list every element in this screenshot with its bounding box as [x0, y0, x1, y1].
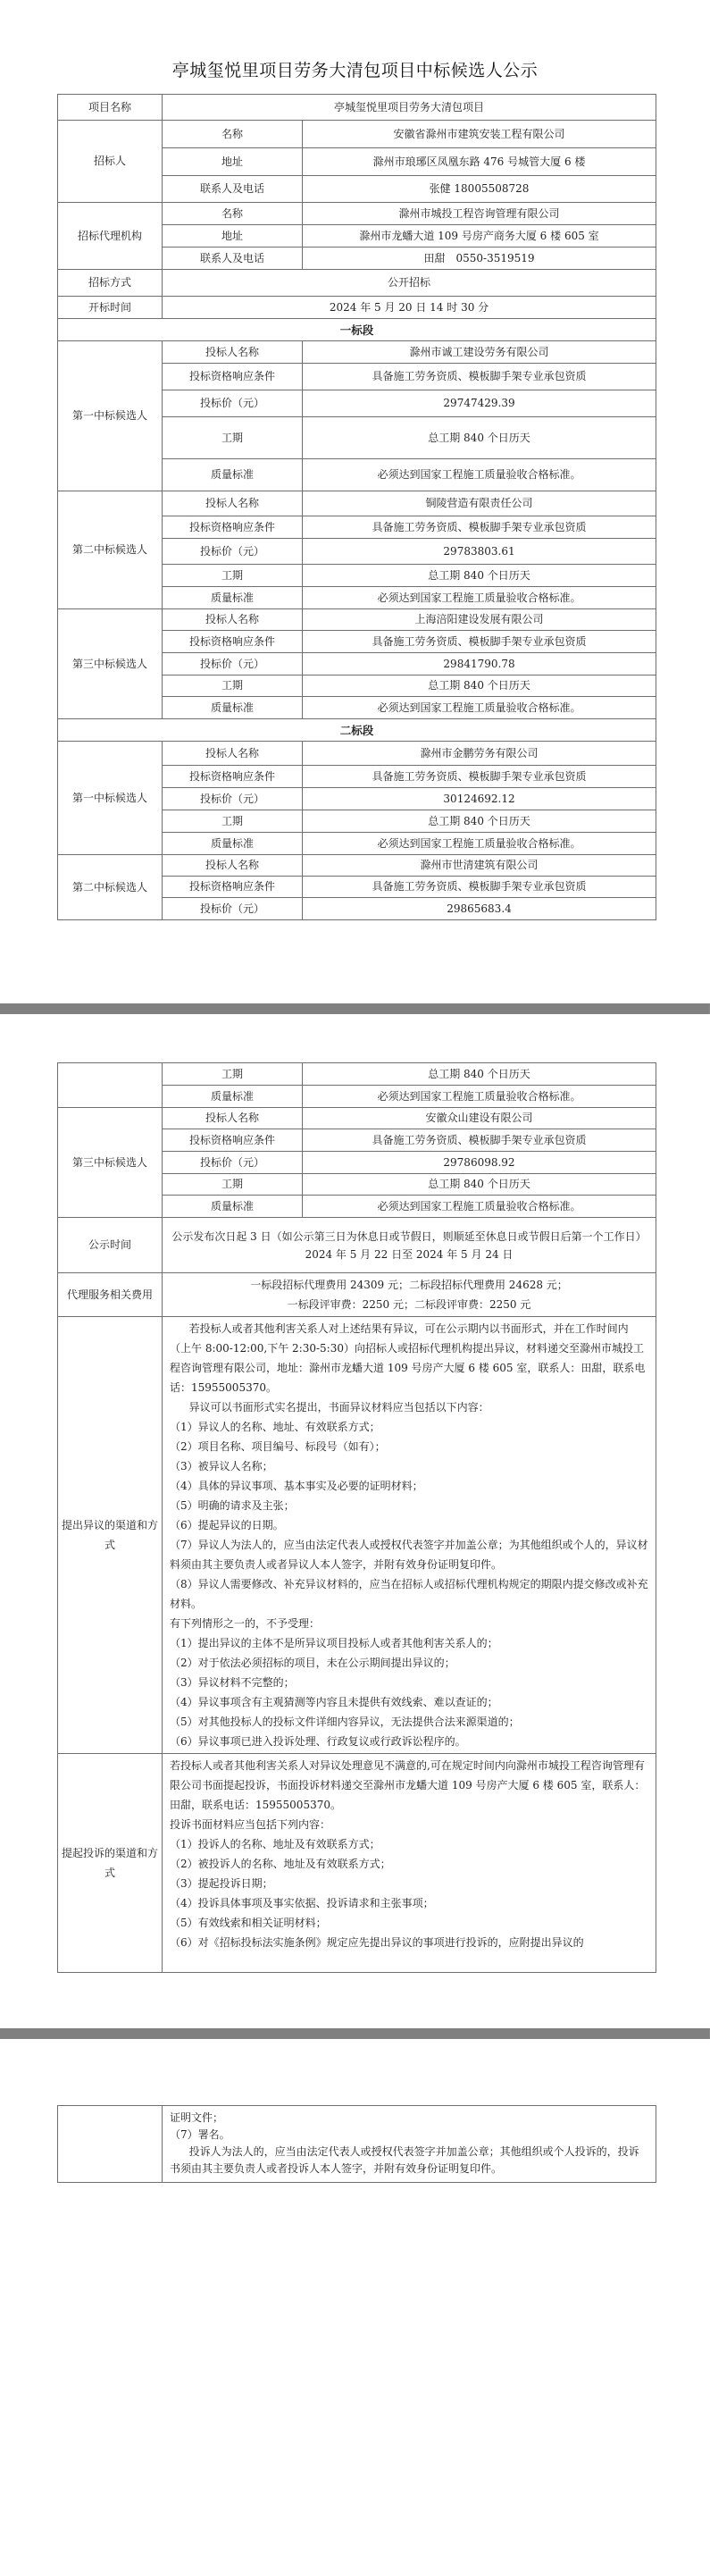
label-bidder-name: 投标人名称	[163, 855, 303, 877]
row-method: 招标方式 公开招标	[58, 270, 656, 297]
label-bid-price: 投标价（元）	[163, 653, 303, 675]
value-quality: 必须达到国家工程施工质量验收合格标准。	[303, 697, 656, 719]
candidate-rank: 第二中标候选人	[58, 491, 163, 609]
value-tenderer-address: 滁州市琅琊区凤凰东路 476 号城管大厦 6 楼	[303, 148, 656, 176]
candidate-rank: 第二中标候选人	[58, 855, 163, 920]
value-bidder-name: 滁州市金鹏劳务有限公司	[303, 742, 656, 766]
value-qualification: 具备施工劳务资质、模板脚手架专业承包资质	[303, 516, 656, 539]
label-objection: 提出异议的渠道和方式	[58, 1317, 163, 1754]
table-row: 工期 总工期 840 个日历天	[58, 1063, 656, 1086]
row-open-time: 开标时间 2024 年 5 月 20 日 14 时 30 分	[58, 297, 656, 319]
value-duration: 总工期 840 个日历天	[303, 810, 656, 833]
table-row: 第一中标候选人 投标人名称 滁州市诚工建设劳务有限公司	[58, 341, 656, 364]
list-item: 证明文件；	[170, 2110, 648, 2127]
value-bid-price: 29865683.4	[303, 898, 656, 920]
label-quality: 质量标准	[163, 587, 303, 609]
value-qualification: 具备施工劳务资质、模板脚手架专业承包资质	[303, 631, 656, 653]
label-tenderer: 招标人	[58, 121, 163, 203]
label-qualification: 投标资格响应条件	[163, 516, 303, 539]
list-item: （6）提起异议的日期。	[170, 1515, 648, 1535]
value-open-time: 2024 年 5 月 20 日 14 时 30 分	[163, 297, 656, 319]
row-section-2: 二标段	[58, 719, 656, 742]
publicity-rule: 公示发布次日起 3 日（如公示第三日为休息日或节假日，则顺延至休息日或节假日后第…	[166, 1228, 652, 1246]
value-duration: 总工期 840 个日历天	[303, 1063, 656, 1086]
value-qualification: 具备施工劳务资质、模板脚手架专业承包资质	[303, 364, 656, 390]
complaint-content-intro: 投诉书面材料应当包括下列内容：	[170, 1815, 648, 1834]
label-bid-price: 投标价（元）	[163, 1152, 303, 1174]
value-duration: 总工期 840 个日历天	[303, 565, 656, 587]
table-row: 第三中标候选人 投标人名称 安徽众山建设有限公司	[58, 1108, 656, 1129]
label-name: 名称	[163, 203, 303, 225]
table-row: 第二中标候选人 投标人名称 滁州市世清建筑有限公司	[58, 855, 656, 877]
candidate-rank: 第三中标候选人	[58, 609, 163, 719]
value-bid-price: 29747429.39	[303, 390, 656, 417]
value-objection: 若投标人或者其他利害关系人对上述结果有异议，可在公示期内以书面形式，并在工作时间…	[163, 1317, 656, 1754]
row-agency-fee: 代理服务相关费用 一标段招标代理费用 24309 元；二标段招标代理费用 246…	[58, 1273, 656, 1317]
label-duration: 工期	[163, 417, 303, 459]
value-tenderer-name: 安徽省滁州市建筑安装工程有限公司	[303, 121, 656, 148]
label-quality: 质量标准	[163, 459, 303, 491]
value-quality: 必须达到国家工程施工质量验收合格标准。	[303, 459, 656, 491]
candidate-table-part2: 工期 总工期 840 个日历天 质量标准 必须达到国家工程施工质量验收合格标准。…	[57, 1062, 656, 1973]
table-row: 第三中标候选人 投标人名称 上海涪阳建设发展有限公司	[58, 609, 656, 631]
value-duration: 总工期 840 个日历天	[303, 1174, 656, 1196]
label-duration: 工期	[163, 1174, 303, 1196]
list-item: （4）具体的异议事项、基本事实及必要的证明材料；	[170, 1476, 648, 1496]
row-complaint: 提起投诉的渠道和方式 若投标人或者其他利害关系人对异议处理意见不满意的,可在规定…	[58, 1754, 656, 1973]
list-item: （7）署名。	[170, 2127, 648, 2144]
value-agency-fee: 一标段招标代理费用 24309 元；二标段招标代理费用 24628 元； 一标段…	[163, 1273, 656, 1317]
label-duration: 工期	[163, 810, 303, 833]
table-row: 第二中标候选人 投标人名称 铜陵营造有限责任公司	[58, 491, 656, 516]
value-bid-price: 29783803.61	[303, 539, 656, 565]
label-quality: 质量标准	[163, 697, 303, 719]
label-bid-price: 投标价（元）	[163, 788, 303, 810]
value-project-name: 亭城玺悦里项目劳务大清包项目	[163, 95, 656, 121]
list-item: （4）异议事项含有主观猜测等内容且未提供有效线索、难以查证的；	[170, 1692, 648, 1712]
value-qualification: 具备施工劳务资质、模板脚手架专业承包资质	[303, 1129, 656, 1152]
label-bidder-name: 投标人名称	[163, 742, 303, 766]
list-item: （3）提起投诉日期；	[170, 1874, 648, 1893]
list-item: （7）异议人为法人的，应当由法定代表人或授权代表签字并加盖公章；为其他组织或个人…	[170, 1535, 648, 1574]
value-qualification: 具备施工劳务资质、模板脚手架专业承包资质	[303, 766, 656, 788]
page-3: 证明文件； （7）署名。 投诉人为法人的，应当由法定代表人或授权代表签字并加盖公…	[0, 2039, 710, 2576]
value-tenderer-contact: 张健 18005508728	[303, 176, 656, 203]
value-bid-price: 30124692.12	[303, 788, 656, 810]
label-bid-price: 投标价（元）	[163, 390, 303, 417]
label-bid-price: 投标价（元）	[163, 539, 303, 565]
label-duration: 工期	[163, 565, 303, 587]
label-bidder-name: 投标人名称	[163, 341, 303, 364]
label-method: 招标方式	[58, 270, 163, 297]
value-complaint: 若投标人或者其他利害关系人对异议处理意见不满意的,可在规定时间内向滁州市城投工程…	[163, 1754, 656, 1973]
list-item: （4）投诉具体事项及事实依据、投诉请求和主张事项；	[170, 1893, 648, 1913]
section-1-heading: 一标段	[58, 319, 656, 341]
list-item: （2）对于依法必须招标的项目，未在公示期间提出异议的；	[170, 1653, 648, 1673]
label-qualification: 投标资格响应条件	[163, 631, 303, 653]
list-item: （8）异议人需要修改、补充异议材料的，应当在招标人或招标代理机构规定的期限内提交…	[170, 1574, 648, 1614]
label-bidder-name: 投标人名称	[163, 609, 303, 631]
label-quality: 质量标准	[163, 1196, 303, 1218]
label-complaint-continued	[58, 2106, 163, 2183]
page-1: 亭城玺悦里项目劳务大清包项目中标候选人公示 项目名称 亭城玺悦里项目劳务大清包项…	[0, 0, 710, 1003]
label-duration: 工期	[163, 1063, 303, 1086]
label-complaint: 提起投诉的渠道和方式	[58, 1754, 163, 1973]
table-row: 第一中标候选人 投标人名称 滁州市金鹏劳务有限公司	[58, 742, 656, 766]
row-complaint-continued: 证明文件； （7）署名。 投诉人为法人的，应当由法定代表人或授权代表签字并加盖公…	[58, 2106, 656, 2183]
value-bidder-name: 滁州市世清建筑有限公司	[303, 855, 656, 877]
value-bid-price: 29841790.78	[303, 653, 656, 675]
label-contact: 联系人及电话	[163, 176, 303, 203]
publicity-dates: 2024 年 5 月 22 日至 2024 年 5 月 24 日	[166, 1246, 652, 1263]
value-method: 公开招标	[163, 270, 656, 297]
label-qualification: 投标资格响应条件	[163, 364, 303, 390]
value-duration: 总工期 840 个日历天	[303, 675, 656, 697]
value-quality: 必须达到国家工程施工质量验收合格标准。	[303, 833, 656, 855]
review-fee-line: 一标段评审费：2250 元；二标段评审费：2250 元	[166, 1295, 652, 1314]
page-2: 工期 总工期 840 个日历天 质量标准 必须达到国家工程施工质量验收合格标准。…	[0, 1014, 710, 2028]
list-item: （1）提出异议的主体不是所异议项目投标人或者其他利害关系人的；	[170, 1633, 648, 1653]
value-quality: 必须达到国家工程施工质量验收合格标准。	[303, 1086, 656, 1108]
value-bidder-name: 上海涪阳建设发展有限公司	[303, 609, 656, 631]
label-publicity-time: 公示时间	[58, 1218, 163, 1273]
document-title: 亭城玺悦里项目劳务大清包项目中标候选人公示	[0, 57, 710, 81]
page-separator	[0, 1003, 710, 1014]
value-bidder-name: 安徽众山建设有限公司	[303, 1108, 656, 1129]
label-agency: 招标代理机构	[58, 203, 163, 270]
value-agency-contact: 田甜 0550-3519519	[303, 248, 656, 270]
list-item: （5）明确的请求及主张；	[170, 1496, 648, 1515]
page-separator	[0, 2028, 710, 2039]
complaint-intro: 若投标人或者其他利害关系人对异议处理意见不满意的,可在规定时间内向滁州市城投工程…	[170, 1756, 648, 1815]
value-complaint-continued: 证明文件； （7）署名。 投诉人为法人的，应当由法定代表人或授权代表签字并加盖公…	[163, 2106, 656, 2183]
label-contact: 联系人及电话	[163, 248, 303, 270]
row-tenderer-name: 招标人 名称 安徽省滁州市建筑安装工程有限公司	[58, 121, 656, 148]
list-item: （2）项目名称、项目编号、标段号（如有）；	[170, 1437, 648, 1456]
row-project-name: 项目名称 亭城玺悦里项目劳务大清包项目	[58, 95, 656, 121]
label-qualification: 投标资格响应条件	[163, 1129, 303, 1152]
label-bidder-name: 投标人名称	[163, 1108, 303, 1129]
list-item: （1）投诉人的名称、地址及有效联系方式；	[170, 1834, 648, 1854]
value-bidder-name: 滁州市诚工建设劳务有限公司	[303, 341, 656, 364]
value-quality: 必须达到国家工程施工质量验收合格标准。	[303, 587, 656, 609]
candidate-rank: 第一中标候选人	[58, 341, 163, 491]
objection-content-intro: 异议可以书面形式实名提出，书面异议材料应当包括以下内容：	[170, 1397, 648, 1417]
row-agency-name: 招标代理机构 名称 滁州市城投工程咨询管理有限公司	[58, 203, 656, 225]
candidate-rank-continued	[58, 1063, 163, 1108]
list-item: （5）有效线索和相关证明材料；	[170, 1913, 648, 1933]
value-agency-name: 滁州市城投工程咨询管理有限公司	[303, 203, 656, 225]
label-agency-fee: 代理服务相关费用	[58, 1273, 163, 1317]
row-section-1: 一标段	[58, 319, 656, 341]
complaint-closing: 投诉人为法人的，应当由法定代表人或授权代表签字并加盖公章；其他组织或个人投诉的，…	[170, 2144, 648, 2177]
value-quality: 必须达到国家工程施工质量验收合格标准。	[303, 1196, 656, 1218]
label-address: 地址	[163, 225, 303, 248]
label-quality: 质量标准	[163, 833, 303, 855]
label-quality: 质量标准	[163, 1086, 303, 1108]
label-bid-price: 投标价（元）	[163, 898, 303, 920]
candidate-table-part1: 项目名称 亭城玺悦里项目劳务大清包项目 招标人 名称 安徽省滁州市建筑安装工程有…	[57, 94, 656, 920]
list-item: （6）对《招标投标法实施条例》规定应先提出异议的事项进行投诉的，应附提出异议的	[170, 1933, 648, 1952]
agency-fee-line: 一标段招标代理费用 24309 元；二标段招标代理费用 24628 元；	[166, 1275, 652, 1295]
label-bidder-name: 投标人名称	[163, 491, 303, 516]
list-item: （6）异议事项已进入投诉处理、行政复议或行政诉讼程序的。	[170, 1732, 648, 1751]
label-open-time: 开标时间	[58, 297, 163, 319]
row-publicity-time: 公示时间 公示发布次日起 3 日（如公示第三日为休息日或节假日，则顺延至休息日或…	[58, 1218, 656, 1273]
value-bid-price: 29786098.92	[303, 1152, 656, 1174]
label-address: 地址	[163, 148, 303, 176]
label-project-name: 项目名称	[58, 95, 163, 121]
objection-intro: 若投标人或者其他利害关系人对上述结果有异议，可在公示期内以书面形式，并在工作时间…	[170, 1319, 648, 1397]
section-2-heading: 二标段	[58, 719, 656, 742]
label-name: 名称	[163, 121, 303, 148]
label-duration: 工期	[163, 675, 303, 697]
candidate-rank: 第三中标候选人	[58, 1108, 163, 1218]
objection-reject-intro: 有下列情形之一的，不予受理：	[170, 1614, 648, 1633]
label-qualification: 投标资格响应条件	[163, 766, 303, 788]
value-duration: 总工期 840 个日历天	[303, 417, 656, 459]
row-objection: 提出异议的渠道和方式 若投标人或者其他利害关系人对上述结果有异议，可在公示期内以…	[58, 1317, 656, 1754]
value-publicity-time: 公示发布次日起 3 日（如公示第三日为休息日或节假日，则顺延至休息日或节假日后第…	[163, 1218, 656, 1273]
list-item: （3）被异议人名称；	[170, 1456, 648, 1476]
list-item: （2）被投诉人的名称、地址及有效联系方式；	[170, 1854, 648, 1874]
label-qualification: 投标资格响应条件	[163, 877, 303, 898]
complaint-table-continued: 证明文件； （7）署名。 投诉人为法人的，应当由法定代表人或授权代表签字并加盖公…	[57, 2105, 656, 2183]
list-item: （1）异议人的名称、地址、有效联系方式；	[170, 1417, 648, 1437]
value-qualification: 具备施工劳务资质、模板脚手架专业承包资质	[303, 877, 656, 898]
value-agency-address: 滁州市龙蟠大道 109 号房产商务大厦 6 楼 605 室	[303, 225, 656, 248]
list-item: （3）异议材料不完整的；	[170, 1673, 648, 1692]
candidate-rank: 第一中标候选人	[58, 742, 163, 855]
value-bidder-name: 铜陵营造有限责任公司	[303, 491, 656, 516]
list-item: （5）对其他投标人的投标文件详细内容异议，无法提供合法来源渠道的；	[170, 1712, 648, 1732]
